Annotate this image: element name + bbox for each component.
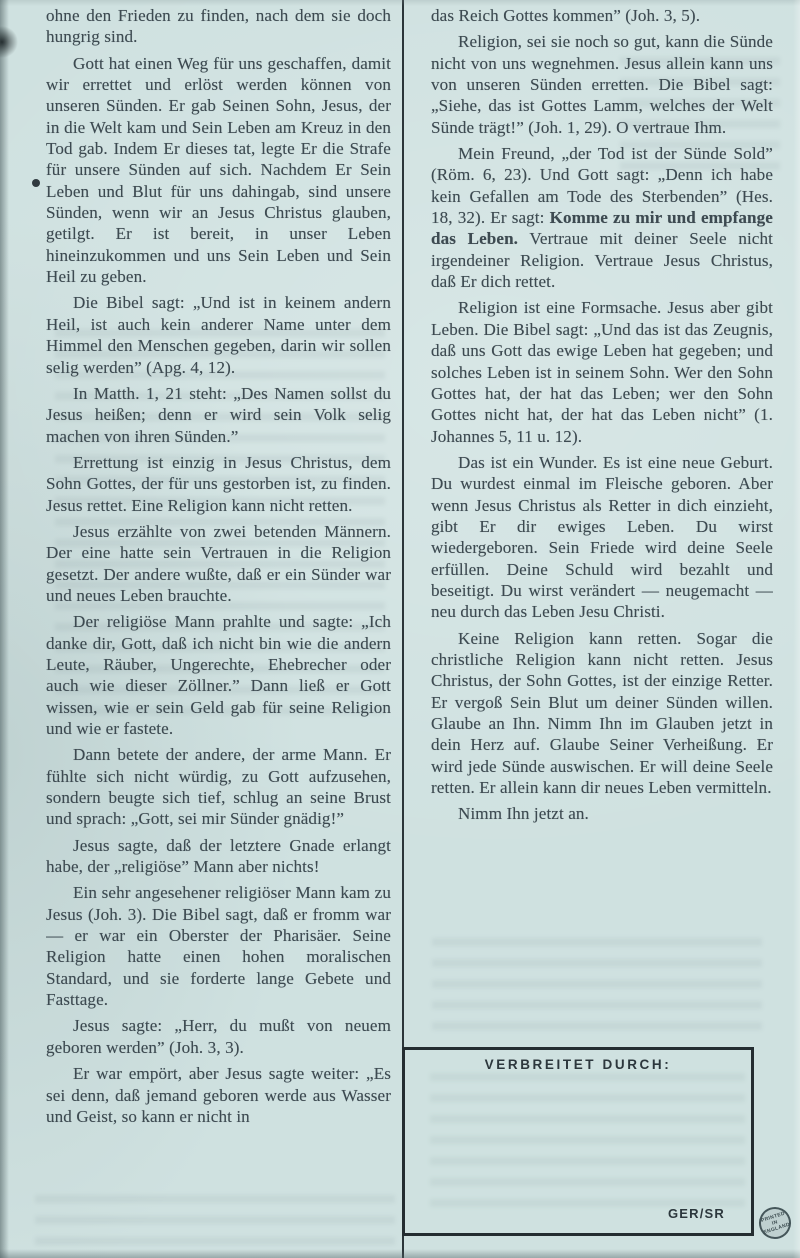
paragraph: Jesus erzählte von zwei betenden Männern… — [46, 521, 391, 606]
paragraph: Der religiöse Mann prahlte und sagte: „I… — [46, 611, 391, 739]
paragraph: Errettung ist einzig in Jesus Christus, … — [46, 452, 391, 516]
margin-mark — [32, 179, 40, 187]
paragraph: Jesus sagte: „Herr, du mußt von neuem ge… — [46, 1015, 391, 1058]
paragraph: ohne den Frieden zu finden, nach dem sie… — [46, 5, 391, 48]
paragraph: Jesus sagte, daß der letztere Gnade erla… — [46, 835, 391, 878]
paragraph: Nimm Ihn jetzt an. — [431, 803, 773, 824]
paragraph: Gott hat einen Weg für uns geschaffen, d… — [46, 53, 391, 288]
left-column: ohne den Frieden zu finden, nach dem sie… — [46, 5, 391, 1253]
paragraph: Dann betete der andere, der arme Mann. E… — [46, 744, 391, 829]
paragraph: In Matth. 1, 21 steht: „Des Namen sollst… — [46, 383, 391, 447]
paragraph: Die Bibel sagt: „Und ist in keinem ander… — [46, 292, 391, 377]
distribution-box: VERBREITET DURCH: GER/SR — [402, 1047, 754, 1236]
distribution-heading: VERBREITET DURCH: — [405, 1057, 751, 1072]
paragraph: Keine Religion kann retten. Sogar die ch… — [431, 628, 773, 799]
paragraph: das Reich Gottes kommen” (Joh. 3, 5). — [431, 5, 773, 26]
tract-page: ohne den Frieden zu finden, nach dem sie… — [0, 0, 800, 1258]
paragraph: Das ist ein Wunder. Es ist eine neue Geb… — [431, 452, 773, 623]
tract-code: GER/SR — [668, 1206, 725, 1221]
paragraph: Religion, sei sie noch so gut, kann die … — [431, 31, 773, 138]
paragraph: Religion ist eine Formsache. Jesus aber … — [431, 297, 773, 446]
paragraph: Mein Freund, „der Tod ist der Sünde Sold… — [431, 143, 773, 292]
paragraph: Ein sehr angesehener religiöser Mann kam… — [46, 882, 391, 1010]
paragraph: Er war empört, aber Jesus sagte weiter: … — [46, 1063, 391, 1127]
